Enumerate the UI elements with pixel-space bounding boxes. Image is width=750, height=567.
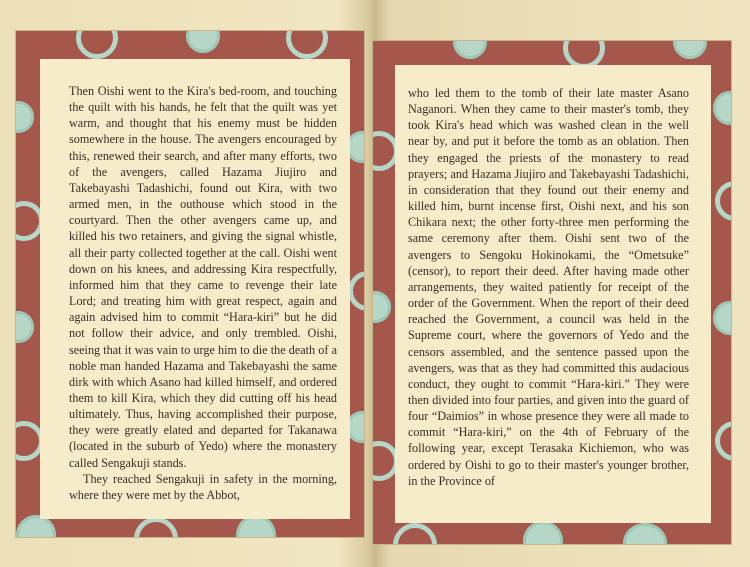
paragraph: They reached Sengakuji in safety in the … [69, 471, 337, 503]
crest-ornament-icon [372, 291, 391, 323]
crest-ornament-icon [523, 521, 563, 545]
crest-ornament-icon [713, 301, 732, 335]
book-spread: Then Oishi went to the Kira's bed-room, … [0, 0, 750, 567]
crest-ornament-icon [393, 523, 437, 545]
crest-ornament-icon [623, 523, 667, 545]
right-page-frame: who led them to the tomb of their late m… [372, 40, 732, 545]
left-page-frame: Then Oishi went to the Kira's bed-room, … [15, 30, 365, 538]
left-page-text: Then Oishi went to the Kira's bed-room, … [69, 83, 337, 503]
crest-ornament-icon [15, 311, 34, 343]
crest-ornament-icon [76, 30, 118, 59]
paragraph: Then Oishi went to the Kira's bed-room, … [69, 83, 337, 471]
crest-ornament-icon [715, 181, 732, 221]
paragraph: who led them to the tomb of their late m… [408, 85, 689, 489]
crest-ornament-icon [713, 91, 732, 125]
crest-ornament-icon [286, 30, 328, 59]
crest-ornament-icon [348, 271, 365, 311]
crest-ornament-icon [673, 40, 707, 59]
right-page-text: who led them to the tomb of their late m… [408, 85, 689, 489]
crest-ornament-icon [134, 517, 178, 538]
crest-ornament-icon [15, 101, 34, 133]
left-page-panel: Then Oishi went to the Kira's bed-room, … [40, 59, 350, 519]
crest-ornament-icon [453, 40, 487, 59]
crest-ornament-icon [715, 421, 732, 461]
crest-ornament-icon [186, 30, 220, 53]
right-page-panel: who led them to the tomb of their late m… [395, 65, 711, 523]
